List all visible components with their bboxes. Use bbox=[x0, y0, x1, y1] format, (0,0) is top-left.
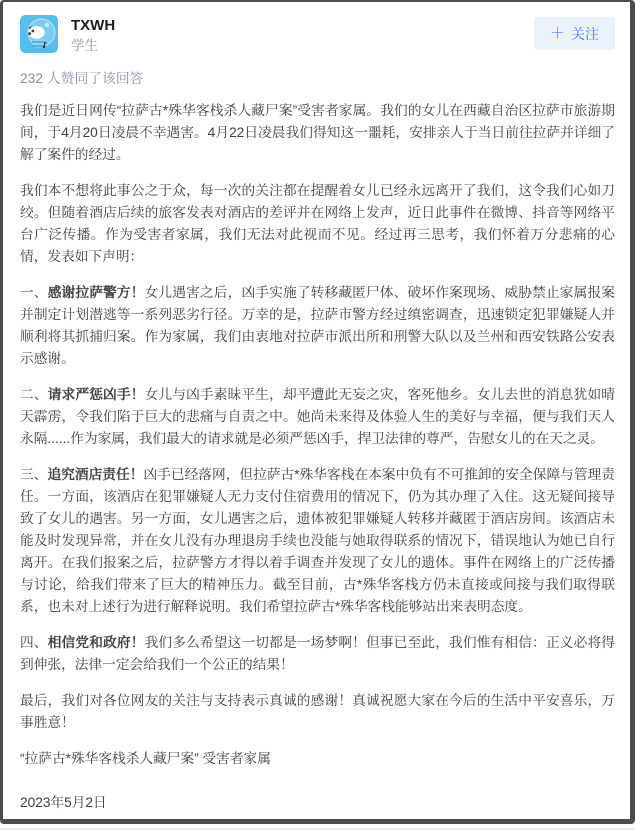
answer-paragraph: 三、追究酒店责任！凶手已经落网，但拉萨古*殊华客栈在本案中负有不可推卸的安全保障… bbox=[20, 464, 615, 618]
user-meta: TXWH 学生 bbox=[71, 15, 115, 55]
paragraph-text: “拉萨古*殊华客栈杀人藏尸案” 受害者家属 bbox=[20, 751, 271, 766]
paragraph-text: 凶手已经落网，但拉萨古*殊华客栈在本案中负有不可推卸的安全保障与管理责任。一方面… bbox=[20, 467, 615, 614]
follow-button[interactable]: ＋ 关注 bbox=[534, 17, 615, 50]
user-headline: 学生 bbox=[71, 37, 115, 55]
answer-paragraph: 四、相信党和政府！我们多么希望这一切都是一场梦啊！但事已至此，我们惟有相信：正义… bbox=[20, 632, 615, 676]
user-name[interactable]: TXWH bbox=[71, 16, 115, 35]
upvote-count: 232 人赞同了该回答 bbox=[20, 67, 615, 87]
avatar-dog-illustration bbox=[20, 15, 58, 53]
follow-button-label: 关注 bbox=[571, 24, 599, 44]
signature-line: “拉萨古*殊华客栈杀人藏尸案” 受害者家属 bbox=[20, 748, 615, 770]
section-title: 请求严惩凶手！ bbox=[48, 387, 145, 402]
paragraph-text: 最后，我们对各位网友的关注与支持表示真诚的感谢！真诚祝愿大家在今后的生活中平安喜… bbox=[20, 693, 615, 730]
date-line: 2023年5月2日 bbox=[20, 792, 615, 814]
answer-paragraph: 一、感谢拉萨警方！女儿遇害之后，凶手实施了转移藏匿尸体、破坏作案现场、威胁禁止家… bbox=[20, 282, 615, 370]
next-card-divider bbox=[0, 828, 635, 830]
section-title: 追究酒店责任！ bbox=[47, 467, 143, 482]
paragraph-text: 我们是近日网传“拉萨古*殊华客栈杀人藏尸案”受害者家属。我们的女儿在西藏自治区拉… bbox=[20, 103, 615, 162]
paragraph-text: 2023年5月2日 bbox=[20, 795, 107, 810]
paragraph-text: 我们本不想将此事公之于众，每一次的关注都在提醒着女儿已经永远离开了我们，这令我们… bbox=[20, 183, 615, 264]
answer-paragraph: 我们是近日网传“拉萨古*殊华客栈杀人藏尸案”受害者家属。我们的女儿在西藏自治区拉… bbox=[20, 100, 615, 166]
section-number: 三、 bbox=[20, 467, 47, 482]
section-title: 相信党和政府！ bbox=[48, 635, 145, 650]
section-title: 感谢拉萨警方！ bbox=[48, 285, 145, 300]
section-number: 四、 bbox=[20, 635, 48, 650]
avatar[interactable] bbox=[20, 15, 58, 53]
answer-paragraph: 二、请求严惩凶手！女儿与凶手素昧平生，却平遭此无妄之灾，客死他乡。女儿去世的消息… bbox=[20, 384, 615, 450]
answer-paragraph: 最后，我们对各位网友的关注与支持表示真诚的感谢！真诚祝愿大家在今后的生活中平安喜… bbox=[20, 690, 615, 734]
answer-header: TXWH 学生 ＋ 关注 bbox=[20, 15, 615, 55]
answer-body: 我们是近日网传“拉萨古*殊华客栈杀人藏尸案”受害者家属。我们的女儿在西藏自治区拉… bbox=[20, 100, 615, 814]
section-number: 一、 bbox=[20, 285, 48, 300]
plus-icon: ＋ bbox=[550, 26, 565, 41]
answer-card: TXWH 学生 ＋ 关注 232 人赞同了该回答 我们是近日网传“拉萨古*殊华客… bbox=[0, 0, 635, 824]
answer-paragraph: 我们本不想将此事公之于众，每一次的关注都在提醒着女儿已经永远离开了我们，这令我们… bbox=[20, 180, 615, 268]
section-number: 二、 bbox=[20, 387, 48, 402]
